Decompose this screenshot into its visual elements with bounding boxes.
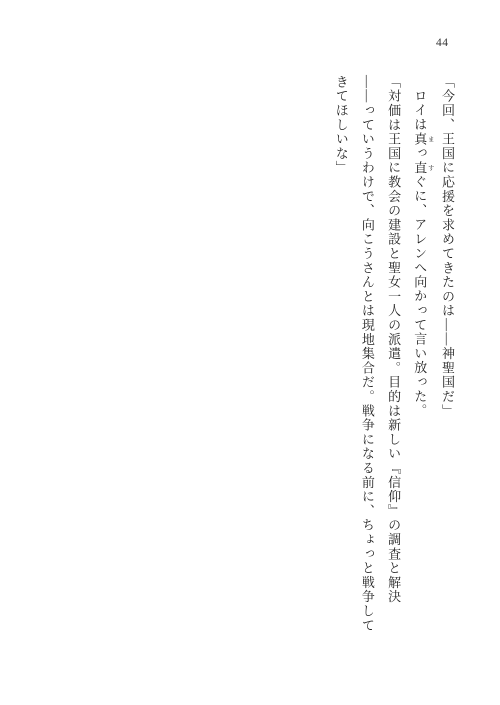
- text-column-line-3: 「対価は王国に教会の建設と聖女一人の派遣。目的は新しい『信仰』の調査と解決: [380, 75, 406, 660]
- ruby-annotated-char: 直す: [412, 161, 427, 175]
- text-column-line-1: 「今回、王国に応援を求めてきたのは――神聖国だ」: [434, 75, 460, 660]
- page-number: 44: [436, 37, 449, 49]
- ruby-annotated-char: 真ま: [412, 132, 427, 146]
- text-column-line-2: ロイは真まっ直すぐに、アレンへ向かって言い放った。: [406, 75, 434, 660]
- text-column-line-5: きてほしいな」: [327, 75, 353, 660]
- book-page: 44 「今回、王国に応援を求めてきたのは――神聖国だ」ロイは真まっ直すぐに、アレ…: [0, 0, 500, 705]
- furigana: す: [427, 161, 434, 175]
- text-block: 「今回、王国に応援を求めてきたのは――神聖国だ」ロイは真まっ直すぐに、アレンへ向…: [329, 75, 460, 660]
- text-column-line-4: ――っていうわけで、向こうさんとは現地集合だ。戦争になる前に、ちょっと戦争して: [354, 75, 380, 660]
- furigana: ま: [427, 132, 434, 146]
